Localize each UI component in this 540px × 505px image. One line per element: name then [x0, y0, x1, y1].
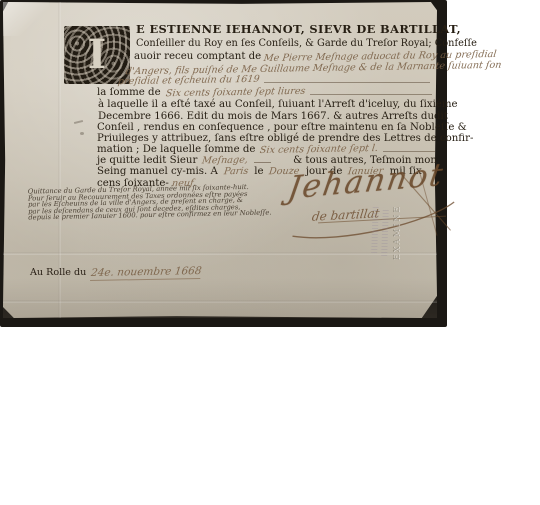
handwritten-text: Paris — [223, 166, 249, 177]
body-line-6: la ſomme de Six cents ſoixante ſept liur… — [97, 87, 432, 98]
handwritten-text: Meſnage, — [202, 155, 249, 167]
print-text: la ſomme de — [97, 87, 161, 98]
print-text: auoir receu comptant de — [134, 51, 261, 62]
blank-rule — [264, 75, 430, 83]
paper-corner-curl — [3, 2, 49, 36]
body-line-8: Decembre 1666. Edit du mois de Mars 1667… — [98, 111, 448, 122]
rolle-print-text: Au Rolle du — [30, 267, 86, 278]
blank-rule — [310, 87, 432, 95]
body-line-10: Priuileges y attribuez, ſans eſtre oblig… — [97, 133, 473, 144]
printed-margin-note: Quittance du Garde du Treſor Royal, anné… — [28, 183, 272, 221]
body-line-7: à laquelle il a eſté taxé au Conſeil, ſu… — [98, 99, 458, 110]
document-photo: I E ESTIENNE IEHANNOT, SIEVR DE BARTILLA… — [0, 0, 447, 327]
initial-letter: I — [88, 35, 107, 75]
heading-line2: Conſeiller du Roy en ſes Conſeils, & Gar… — [136, 38, 477, 49]
handwritten-text: Six cents ſoixante ſept liures — [165, 86, 306, 99]
handwritten-text: preſidial et eſcheuin du 1619 — [117, 74, 260, 87]
rolle-annotation: Au Rolle du 24e. nouembre 1668 — [30, 266, 202, 280]
body-line-9: Conſeil , rendus en conſequence , pour e… — [97, 122, 467, 133]
body-line-5: preſidial et eſcheuin du 1619 — [118, 75, 430, 86]
print-text: mation ; De laquelle ſomme de — [97, 144, 255, 155]
print-text: je quitte ledit Sieur — [97, 155, 197, 166]
blank-dash — [254, 155, 270, 163]
print-text: le — [254, 166, 263, 177]
embossed-stamp: EXAMINE — [392, 198, 401, 260]
body-line-4: d'Angers, fils puiſné de Me Guillaume Me… — [126, 63, 501, 74]
print-text: Seing manuel cy-mis. A — [97, 166, 218, 177]
pencil-mark — [80, 132, 84, 135]
heading-line1: E ESTIENNE IEHANNOT, SIEVR DE BARTILLAT, — [136, 24, 461, 35]
paper-shadow — [3, 278, 437, 318]
blank-rule — [383, 144, 435, 152]
body-line-11: mation ; De laquelle ſomme de Six cents … — [97, 144, 435, 155]
rolle-handwritten-date: 24e. nouembre 1668 — [90, 265, 202, 281]
